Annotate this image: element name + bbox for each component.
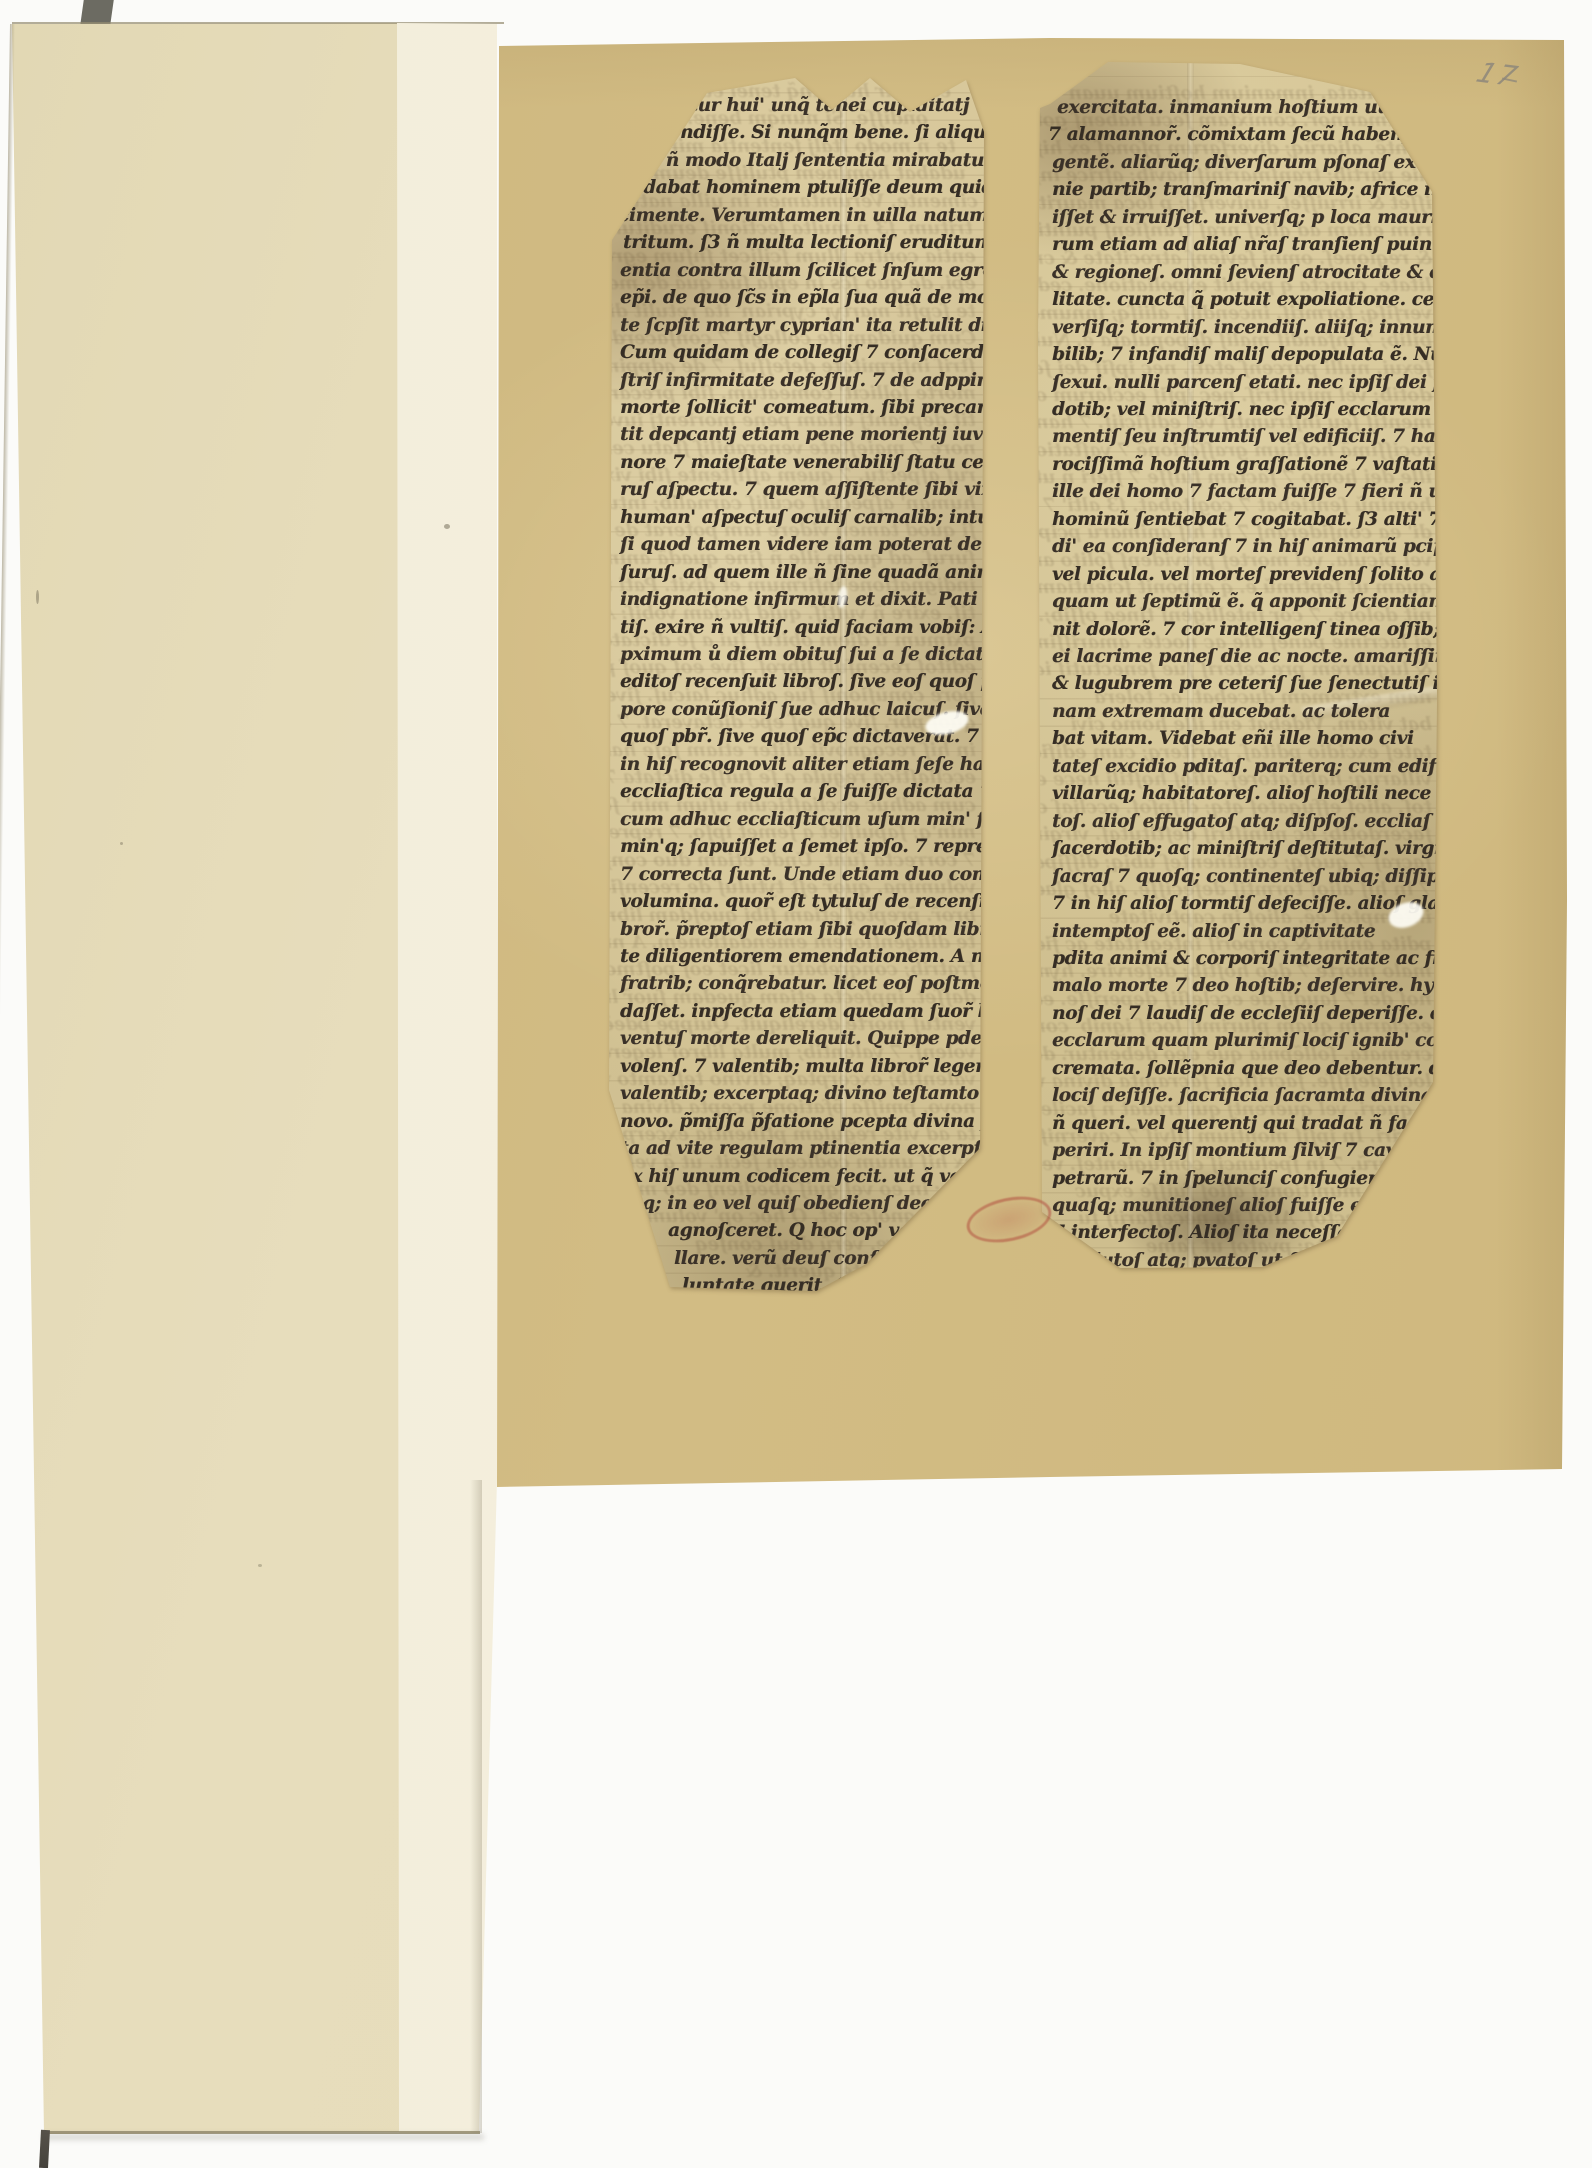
text-line: valentib; excerptaq; divino teſtamto vet… [620,1080,1042,1107]
text-line: agnoſceret. Q hoc op' volum [668,1217,950,1244]
text-line: tateſ excidio pditaſ. pariterq; cum edif… [1052,753,1474,780]
bookmark-tassel [39,2130,50,2168]
text-line: in hiſ recognovit aliter etiam ſeſe habe… [620,751,1017,778]
text-line: ta ad vite regulam ptinentia excerpſit. [620,1135,1002,1162]
text-line: ſacraſ 7 quoſq; continenteſ ubiq; diſſip… [1052,863,1485,890]
text-line: iſſet & irruiſſet. univerſq; p loca maur… [1052,204,1488,231]
text-line: di' ea conſideranſ 7 in hiſ animarũ pcip… [1052,533,1470,560]
text-line: gentẽ. aliarũq; diverſarum pſonaſ ex hiſ… [1052,149,1473,176]
text-line: vel picula. vel morteſ previdenſ ſolito … [1052,561,1492,588]
text-line: te ñ modo Italj ſententia mirabatur & [640,147,1016,174]
text-line: noſ dei 7 laudiſ de eccleſiiſ deperiſſe.… [1052,1000,1504,1027]
text-line: ſexui. nulli parcenſ etati. nec ipſiſ de… [1052,369,1484,396]
text-line: tiſ. exire ñ vultiſ. quid faciam vobiſ: … [620,614,1028,641]
text-line: toſ. alioſ effugatoſ atq; diſpſoſ. eccli… [1052,808,1480,835]
text-line: petrarũ. 7 in ſpelunciſ confugienteſ. ve… [1052,1165,1449,1192]
text-line: ruſ aſpectu. 7 quem aſſiſtente ſibi vix … [620,476,1053,503]
manuscript-scan: 17 cavetur hui' unq̃ tenei cupiditatjond… [0,0,1592,2168]
text-line: ei lacrime paneſ die ac nocte. amariſſim… [1052,643,1484,670]
text-line: ep̃i. de quo ſc̃s in ep̃la ſua quã de mo… [620,284,1051,311]
text-line: bat vitam. Videbat eñi ille homo civi [1052,725,1414,752]
text-line: bror̃. p̃reptoſ etiam ſibi quoſdam libro… [620,916,1045,943]
page-bottom-shadow [44,2134,484,2140]
album-page-gutter-edge [0,24,15,2134]
text-line: verſiſq; tormtiſ. incendiiſ. aliiſq; inn… [1052,314,1477,341]
text-line: 7 alamannor̃. cõmixtam ſecũ habenſ got [1048,121,1449,148]
text-line: nam extremam ducebat. ac tolera [1052,698,1390,725]
text-line: rociſſimã hoſtium graſſationẽ 7 vaſtatio… [1052,451,1473,478]
speck [258,1564,262,1567]
text-line: 7 correcta ſunt. Unde etiam duo conſcpſi… [620,861,1038,888]
text-line: te diligentiorem emendationem. A nñulliſ [620,943,1038,970]
text-line: tit depcantj etiam pene morientj iuveniſ… [620,421,1053,448]
text-line: 7 interfectoſ. Alioſ ita neceſſariiſ ſu [1052,1219,1406,1246]
text-line: cum adhuc eccliaſticum uſum min' ſciret [620,806,1031,833]
text-line: & regioneſ. omni ſevienſ atrocitate & cr… [1052,259,1486,286]
text-line: volumina. quor̃ eſt tytuluſ de recenſion… [620,888,1041,915]
parchment-strip-left-surface: cavetur hui' unq̃ tenei cupiditatjondiſſ… [606,70,988,1296]
text-line: ecclarum quam plurimiſ lociſ ignib' con [1052,1027,1451,1054]
text-line: bilib; 7 infandiſ maliſ depopulata ẽ. Nu… [1052,341,1463,368]
text-line: lociſ deſiſſe. ſacrificia ſacramta divin… [1052,1082,1467,1109]
text-line: periri. In ipſiſ montium ſilviſ 7 cavern… [1052,1137,1444,1164]
text-line: entia contra illum ſcilicet ſnſum egrota… [620,257,1050,284]
speck [444,524,450,529]
text-line: novo. p̃miſſa p̃fatione pcepta divina ſe… [620,1108,1013,1135]
text-line: dotib; vel miniſtriſ. nec ipſiſ ecclarum… [1052,396,1483,423]
parchment-strip-right: exercitata. inmanium hoſtium uuan7 alama… [1032,56,1444,1282]
text-line: intemptoſ eẽ. alioſ in captivitate [1052,918,1375,945]
parchment-strip-left: cavetur hui' unq̃ tenei cupiditatjondiſſ… [606,70,988,1296]
text-line: quaſq; munitioneſ alioſ fuiſſe expuc [1052,1192,1409,1219]
text-line: udabat hominem ptuliſſe deum quidem [630,174,1025,201]
speck [120,842,123,845]
text-line: tritum. ſ3 ñ multa lectioniſ eruditum ſc… [623,229,1025,256]
text-line: exercitata. inmanium hoſtium uuan [1057,94,1415,121]
text-line: pdita animi & corporiſ integritate ac fi… [1052,945,1469,972]
text-line: q; in eo vel quiſ obedienſ deo mo [642,1190,970,1217]
text-line: quam ut ſeptimũ ẽ. q̃ apponit ſcientiam.… [1052,588,1509,615]
speck [36,590,39,604]
text-line: ondiſſe. Si nunq̃m bene. ſi aliquando. [668,119,1041,146]
text-line: human' aſpectuſ oculiſ carnalib; intueri… [620,504,1050,531]
text-line: pximum ů diem obituſ ſui a ſe dictatoſ & [620,641,1026,668]
guard-strip-shadow [470,1480,482,2133]
text-line: luntate querit. & [682,1272,850,1299]
text-line: indignatione infirmum et dixit. Pati tim… [620,586,1029,613]
text-line: rum etiam ad aliaſ nr̃aſ tranſienſ puint… [1052,231,1466,258]
text-line: villarũq; habitatoreſ. alioſ hoſtili nec… [1052,780,1498,807]
text-line: hominũ ſentiebat 7 cogitabat. ſ3 alti' 7… [1052,506,1493,533]
text-line: malo morte 7 deo hoſtib; deſervire. hym [1052,972,1453,999]
text-line: nie partib; tranſmariniſ navib; africe i… [1052,176,1482,203]
text-line: & lugubrem pre ceteriſ ſue ſenectutiſ ia… [1052,670,1500,697]
text-line: te ſcpſit martyr cyprian' ita retulit di… [620,312,1037,339]
text-line: min'q; ſapuiſſet a ſemet ipſo. 7 reprehe… [620,833,1044,860]
text-line: ſacerdotib; ac miniſtriſ deſtitutaſ. vir… [1052,835,1492,862]
text-line: mentiſ ſeu inſtrumtiſ vel edificiiſ. 7 h… [1052,423,1485,450]
text-line: cimente. Verumtamen in uilla natum 7 nu [618,202,1039,229]
text-line: ſ evolutoſ atq; pvatoſ ut fame [1046,1247,1338,1274]
text-line: volenſ. 7 valentib; multa libror̃ legere… [620,1053,1047,1080]
text-line: llare. verũ deuſ conſeq [674,1245,901,1272]
text-line: ex hiſ unum codicem fecit. ut q̃ vellet [620,1163,994,1190]
text-line: litate. cuncta q̃ potuit expoliatione. c… [1052,286,1504,313]
parchment-strip-right-surface: exercitata. inmanium hoſtium uuan7 alama… [1032,56,1444,1282]
text-line: ñ queri. vel querentj qui tradat ñ facil… [1052,1110,1470,1137]
text-line: cavetur hui' unq̃ tenei cupiditatj [645,92,969,119]
